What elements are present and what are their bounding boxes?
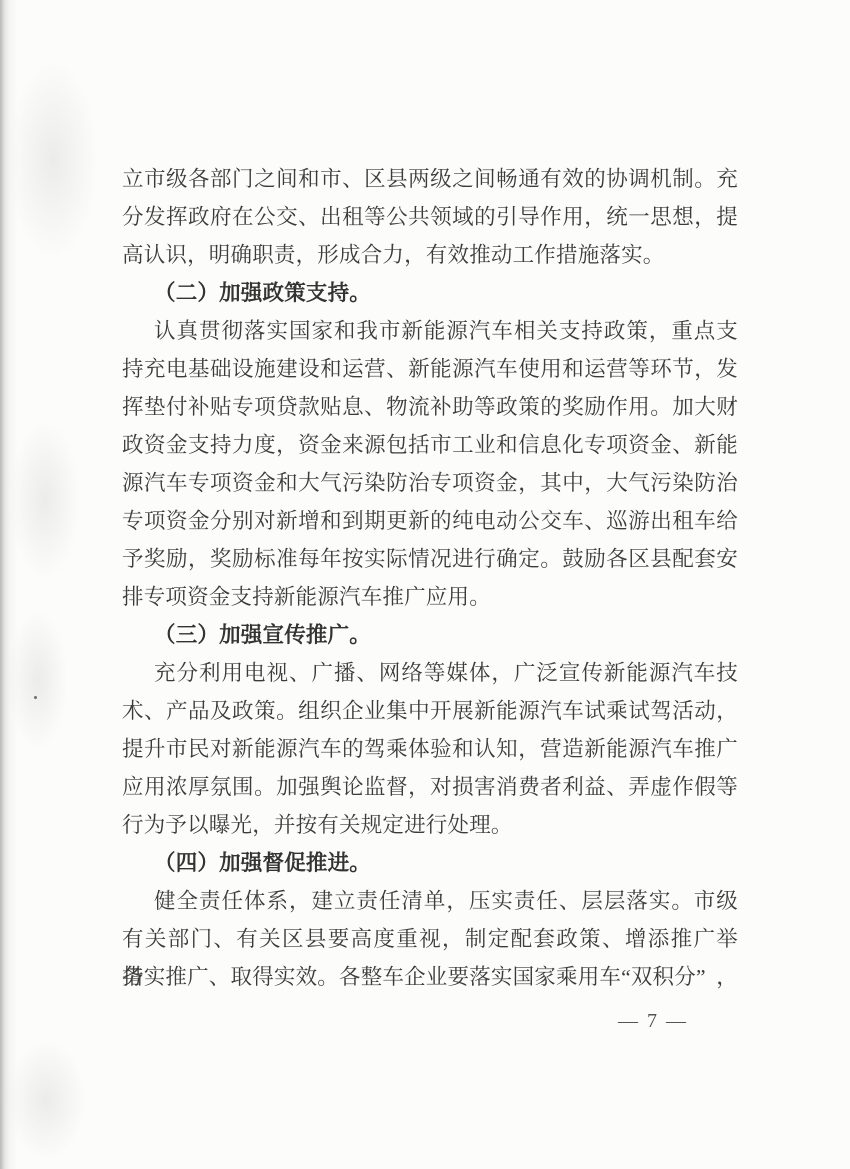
page-number: — 7 — — [618, 1006, 688, 1036]
text-line: 予奖励，奖励标准每年按实际情况进行确定。鼓励各区县配套安 — [122, 540, 738, 578]
scan-edge-shadow — [0, 0, 18, 1169]
text-line: 高认识，明确职责，形成合力，有效推动工作措施落实。 — [122, 236, 738, 274]
section-heading: （四）加强督促推进。 — [122, 844, 738, 882]
text-line: 务实推广、取得实效。各整车企业要落实国家乘用车“双积分” — [122, 958, 738, 996]
text-line: 排专项资金支持新能源汽车推广应用。 — [122, 578, 738, 616]
section-heading: （三）加强宣传推广。 — [122, 616, 738, 654]
text-line: 专项资金分别对新增和到期更新的纯电动公交车、巡游出租车给 — [122, 502, 738, 540]
text-line: 有关部门、有关区县要高度重视，制定配套政策、增添推广举措， — [122, 920, 738, 958]
text-line: 政资金支持力度，资金来源包括市工业和信息化专项资金、新能 — [122, 426, 738, 464]
text-line: 术、产品及政策。组织企业集中开展新能源汽车试乘试驾活动， — [122, 692, 738, 730]
text-line: 源汽车专项资金和大气污染防治专项资金，其中，大气污染防治 — [122, 464, 738, 502]
text-line: 充分利用电视、广播、网络等媒体，广泛宣传新能源汽车技 — [122, 654, 738, 692]
scan-artifact — [6, 1040, 86, 1160]
scanned-document-page: 立市级各部门之间和市、区县两级之间畅通有效的协调机制。充 分发挥政府在公交、出租… — [0, 0, 850, 1169]
text-line: 提升市民对新能源汽车的驾乘体验和认知，营造新能源汽车推广 — [122, 730, 738, 768]
text-line: 应用浓厚氛围。加强舆论监督，对损害消费者利益、弄虚作假等 — [122, 768, 738, 806]
text-column: 立市级各部门之间和市、区县两级之间畅通有效的协调机制。充 分发挥政府在公交、出租… — [122, 160, 738, 996]
section-heading: （二）加强政策支持。 — [122, 274, 738, 312]
text-line: 行为予以曝光，并按有关规定进行处理。 — [122, 806, 738, 844]
text-line: 挥垫付补贴专项贷款贴息、物流补助等政策的奖励作用。加大财 — [122, 388, 738, 426]
scan-artifact — [8, 60, 98, 260]
text-line: 立市级各部门之间和市、区县两级之间畅通有效的协调机制。充 — [122, 160, 738, 198]
text-line: 认真贯彻落实国家和我市新能源汽车相关支持政策，重点支 — [122, 312, 738, 350]
scan-speck — [34, 696, 37, 699]
scan-artifact — [8, 610, 68, 750]
scan-artifact — [10, 420, 80, 580]
text-line: 分发挥政府在公交、出租等公共领域的引导作用，统一思想，提 — [122, 198, 738, 236]
text-line: 健全责任体系，建立责任清单，压实责任、层层落实。市级 — [122, 882, 738, 920]
text-line: 持充电基础设施建设和运营、新能源汽车使用和运营等环节，发 — [122, 350, 738, 388]
